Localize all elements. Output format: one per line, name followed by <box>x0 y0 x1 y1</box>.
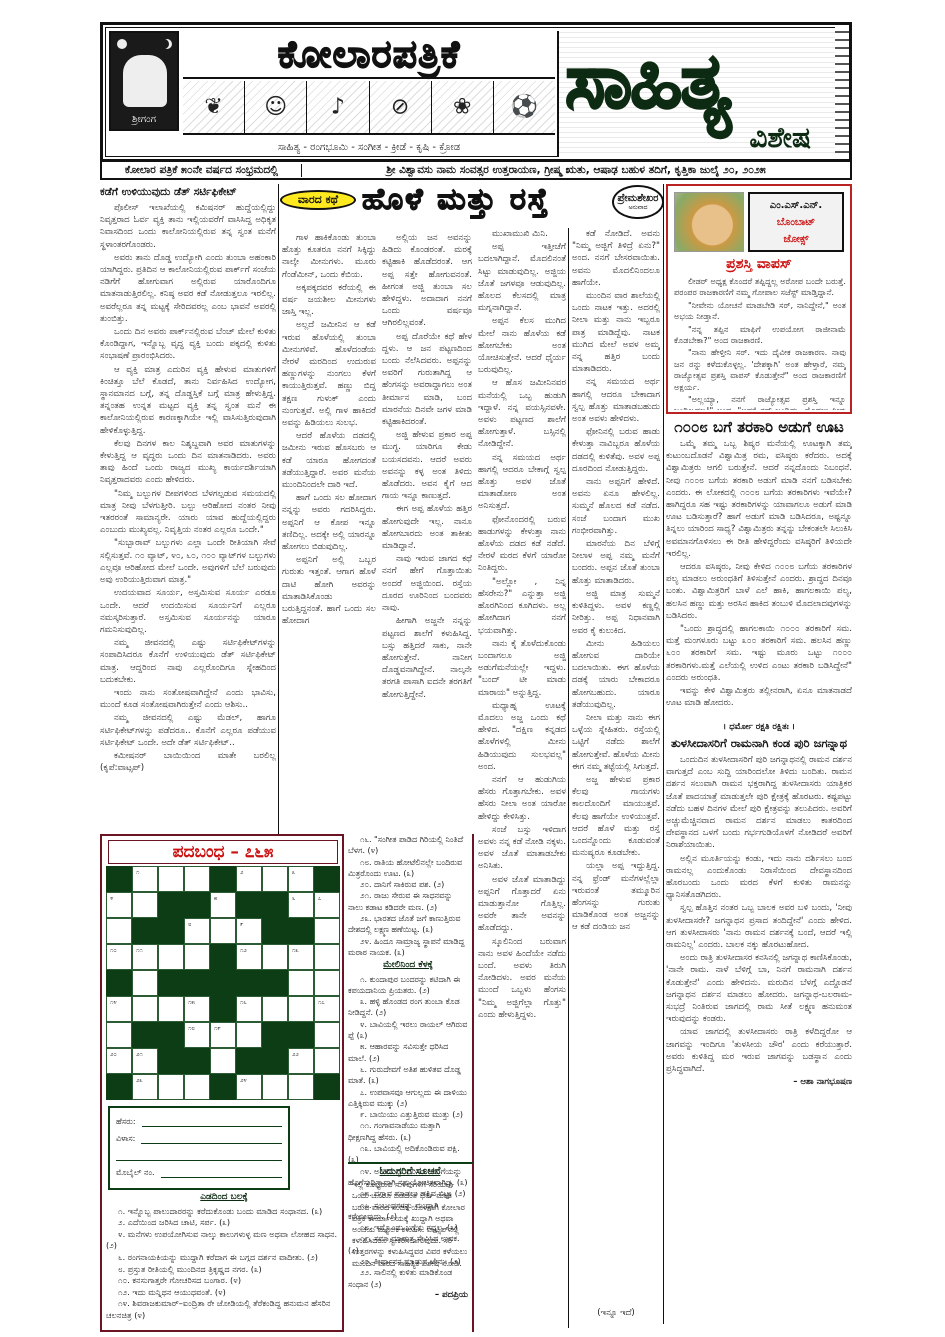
paragraph: ಇವನ್ನು ಕೇಳಿ ವಿಶ್ವಾಮಿತ್ರರು ತಲ್ಲೀನರಾಗಿ, ಏನ… <box>666 685 852 709</box>
cell-number: ೧೦ <box>110 947 117 955</box>
paragraph: ನಾನು ಕೈ ತೊಳೆದುಕೊಂಡು ಬಂದಾಗಲೂ ಅಜ್ಜಿ ಅಡುಗೆಮ… <box>478 638 566 699</box>
music-icon: ♪ <box>307 81 369 133</box>
weekly-story-col-4: ಕಡೆ ನೋಡಿದೆ. ಅವನು "ನಿಮ್ಮ ಅಜ್ಜಿಗೆ ತಿಳಿದ್ರೆ… <box>572 228 660 1308</box>
crossword-cell[interactable]: ೩ <box>288 866 314 892</box>
paragraph: ಅಜ್ಜಿ ಮಾತ್ರ ಸುಮ್ಮನೆ ಕುಳಿತಿದ್ದಳು. ಅವಳ ಕಣ್… <box>572 588 660 637</box>
paragraph: ಹೀಗಾಗಿ ಅಜ್ಜನೇ ನನ್ನನ್ನು ಪಟ್ಟಣದ ಶಾಲೆಗೆ ಕಳು… <box>382 615 472 700</box>
crossword-puzzle: ಪದಬಂಧ – ೭೬೫ ೧೨೩೪೫೬೭೮೯೧೦೧೧೧೨೧೩೧೪೧೫೧೬೧೭೧೮೧… <box>100 834 344 1332</box>
paragraph: ಅಪ್ಪನಿಗೆ ಅಲ್ಲಿ ಒಬ್ಬರ ಗುರುತು ಇತ್ತಂತೆ. ಆಗಾ… <box>282 554 376 627</box>
cell-number: ೨ <box>240 869 243 877</box>
paragraph: ಅಪ್ಪನ ಕೆಲಸ ಮುಗಿದ ಮೇಲೆ ನಾನು ಹೊಳೆಯ ಕಡೆ ಹೋಗ… <box>478 315 566 376</box>
mobile-field[interactable] <box>161 1177 282 1178</box>
paragraph: ಸ್ಕೂಲಿನಿಂದ ಬರುವಾಗ ನಾನು ಅವಳ ಹಿಂದೆಯೇ ನಡೆದು… <box>478 936 566 1021</box>
paragraph: ನೀಲಾ ಮತ್ತು ನಾನು ಈಗ ಒಳ್ಳೆಯ ಸ್ನೇಹಿತರು. ರಸ್… <box>572 712 660 773</box>
cell-number: ೯ <box>240 921 243 929</box>
crossword-cell[interactable] <box>262 996 288 1022</box>
crossword-cell[interactable]: ೭ <box>314 892 340 918</box>
cell-number: ೧೨ <box>240 947 247 955</box>
paragraph: "ನೀವೇನು ಯೋಚನೆ ಮಾಡಬೇಡಿ ಸರ್, ನಾನಿದ್ದೇನೆ," … <box>674 300 846 323</box>
crossword-cell[interactable] <box>132 892 158 918</box>
address-field[interactable] <box>141 1143 282 1144</box>
down-heading: ಮೇಲಿನಿಂದ ಕೆಳಕ್ಕೆ <box>348 960 468 971</box>
elephant-caption: ಶ್ರೀಗಂಗ <box>132 114 156 125</box>
cell-number: ೨೧ <box>136 1051 143 1059</box>
across-heading: ಎಡದಿಂದ ಬಲಕ್ಕೆ <box>106 1192 342 1204</box>
cell-number: ೪ <box>110 895 113 903</box>
paragraph: ಹಾಗೆ ಒಂದು ಸಲ ಹೋದಾಗ ನನ್ನನ್ನು ಅವರು ಗದರಿಸಿದ… <box>282 492 376 553</box>
anniversary-note: ಕೋಲಾರ ಪತ್ರಿಕೆ ೫೦ನೇ ವರ್ಷದ ಸಂಭ್ರಮದಲ್ಲಿ <box>102 164 302 177</box>
mobile-label: ಮೊಬೈಲ್ ನಂ. <box>116 1168 155 1178</box>
clue: ೨೦. ದಾನಿಗೆ ಸಾಕಿರುವ ಪಶ. (೨) <box>348 879 468 890</box>
story-title-death-certificate: ಕಡೆಗೆ ಉಳಿಯುವುದು ಡೆತ್ ಸರ್ಟಿಫಿಕೇಟ್ <box>100 186 276 199</box>
entry-form: ಹೆಸರು: ವಿಳಾಸ: ಮೊಬೈಲ್ ನಂ. <box>108 1106 290 1190</box>
crossword-cell[interactable]: ೧೩ <box>288 944 314 970</box>
reader-notice-text: ಇಲ್ಲಿ ಕೊಟ್ಟಿರುವ ಸುಳಿವುಗಳಿಗೆ ಸರಿಯಾಗಿ ಒಂದು… <box>352 1179 468 1269</box>
paragraph: ಫೋನೊಂದರಲ್ಲಿ ಬರುವ ಹಾಡುಗಳನ್ನು ಕೇಳುತ್ತಾ ನಾನ… <box>478 514 566 575</box>
across-clue-list-continued: ೧೬. "ಸಂಗೀತ ಪಾಡಿದ ಗಿರಿಯಲ್ಲಿ ನಿಂತಿದೆ ಬೆಳಗ.… <box>348 834 468 958</box>
crossword-block <box>106 970 132 996</box>
paragraph: ನನ್ನ ಸಮಯದ ಅರ್ಥ ಹಾಗಲ್ಲಿ ಆದರೂ ಬೇಕಾದಾಗ ಸ್ವಲ… <box>572 376 660 425</box>
paragraph: ಅಂದು ರಾತ್ರಿ ತುಳಸೀದಾಸರ ಕನಸಿನಲ್ಲಿ ಜಗನ್ನಾಥ … <box>666 952 852 1025</box>
crossword-cell[interactable] <box>158 996 184 1022</box>
paragraph: ಕಡೆ ನೋಡಿದೆ. ಅವನು "ನಿಮ್ಮ ಅಜ್ಜಿಗೆ ತಿಳಿದ್ರೆ… <box>572 228 660 289</box>
crossword-cell[interactable]: ೧೪ <box>106 996 132 1022</box>
weekly-story-col-2: ಅಲ್ಲಿಯ ಜನ ಅವನನ್ನು ಹಿಡಿದು ಕೊಂಡರಂತೆ. ಮರಕ್ಕ… <box>382 232 472 832</box>
crossword-cell[interactable] <box>262 1074 288 1100</box>
name-label: ಹೆಸರು: <box>116 1117 136 1127</box>
crossword-cell[interactable]: ೯ <box>236 918 262 944</box>
continued-note: (ಇನ್ನೂ ಇದೆ) <box>572 1308 660 1318</box>
clue: ೬. ರಂಗನಾಯಕಿಯನ್ನು ಮುದ್ದಾಗಿ ಕರೆದಾಗ ಈ ಬಗ್ಗದ… <box>106 1252 342 1264</box>
crossword-cell[interactable] <box>262 866 288 892</box>
crossword-cell[interactable] <box>184 866 210 892</box>
paragraph: ಅಜ್ಜ ಹೇಳುವ ಪ್ರಕಾರ ಕೆಲವು ಗಾಯಗಳು ಕಾಲದೊಂದಿಗ… <box>572 774 660 859</box>
paragraph: ಅಪ್ಪ ದೊರೆಯೇ ಕಥೆ ಹೇಳ ದ್ದಳು. ಆ ಜನ ಪಟ್ಟಣದಿಂ… <box>382 331 472 429</box>
crossword-cell[interactable] <box>314 918 340 944</box>
crossword-block <box>262 1048 288 1074</box>
crossword-block <box>158 892 184 918</box>
crossword-cell[interactable]: ೨೨ <box>288 1048 314 1074</box>
crossword-cell[interactable] <box>184 944 210 970</box>
joke-label-line-2: ಬೊಂಬಾಟ್ <box>777 214 815 231</box>
crossword-cell[interactable] <box>158 944 184 970</box>
sun-icon <box>117 39 127 49</box>
crossword-cell[interactable]: ೧ <box>132 866 158 892</box>
address-field-2[interactable] <box>116 1160 282 1161</box>
cell-number: ೫ <box>214 895 217 903</box>
publication-name: ಕೋಲಾರಪತ್ರಿಕೆ <box>183 31 555 79</box>
across-clue-list: ೧. ಇನ್ನೊಬ್ಬ ಪಾಲುದಾರರನ್ನು ಕರೆದುಕೊಂಡು ಬಂದು… <box>106 1206 342 1322</box>
crossword-block <box>262 892 288 918</box>
paragraph: ಗಾಳ ಹಾಕಿಕೊಂಡು ತುಂಬಾ ಹೊತ್ತು ಕೂತರೂ ನನಗೆ ಸಿ… <box>282 232 376 281</box>
decorative-border <box>835 25 849 159</box>
crossword-cell[interactable]: ೫ <box>210 892 236 918</box>
clue: ೩. ಹಳ್ಳಿ ಹೊಂಡದ ರಂಗ ತುಂಬಾ ಕೊಡ ನೀಡಿದ್ದನೆ. … <box>348 996 468 1019</box>
crossword-cell[interactable] <box>132 996 158 1022</box>
paragraph: ಇಂದು ನಾನು ಸಂತೋಷವಾಗಿದ್ದೇನೆ ಎಂದು ಭಾವಿಸು, ಮ… <box>100 687 276 711</box>
supplement-title-sub: ವಿಶೇಷ <box>749 121 811 155</box>
down-clues: ೧೬. "ಸಂಗೀತ ಪಾಡಿದ ಗಿರಿಯಲ್ಲಿ ನಿಂತಿದೆ ಬೆಳಗ.… <box>348 834 474 1164</box>
crossword-block <box>210 944 236 970</box>
cell-number: ೨೪ <box>240 1077 247 1085</box>
crossword-block <box>210 996 236 1022</box>
crossword-block <box>314 1074 340 1100</box>
clue: ೧೧. ಗಂಗಾವನಾಡೆಯು ಮತ್ತಾಗಿ ಧೀಕ್ಷಣಗಿದ್ದ ಹೆಸರ… <box>348 1120 468 1143</box>
crossword-cell[interactable] <box>158 1074 184 1100</box>
cell-number: ೧೩ <box>292 947 299 955</box>
column-rule <box>568 228 569 1328</box>
crossword-cell[interactable]: ೧೬ <box>236 996 262 1022</box>
crossword-block <box>262 918 288 944</box>
crossword-cell[interactable] <box>288 996 314 1022</box>
crossword-cell[interactable]: ೧೯ <box>210 1022 236 1048</box>
date-line: ಶ್ರೀ ವಿಶ್ವಾವಸು ನಾಮ ಸಂವತ್ಸರ ಉತ್ತರಾಯಣ, ಗ್ರ… <box>302 164 850 177</box>
paragraph: ಲೀಡರ್ ಅಧ್ಯಕ್ಷ ಕೊಂದರೆ ತಪ್ಪಿದ್ದಲ್ಲ ಅರೋಪ ಬಂ… <box>674 276 846 299</box>
paragraph: ಮಧ್ಯಾಹ್ನ ಊಟಕ್ಕೆ ಮೊದಲು ಅಜ್ಜ ಒಂದು ಕಥೆ ಹೇಳಿ… <box>478 700 566 773</box>
elephant-logo: ಶ್ರೀಗಂಗ <box>109 31 179 131</box>
paragraph: "ನಾನು ಹೇಳ್ತೀನಿ ಸರ್. ಇದು ದೈವೀಕ ರಾಜಕಾರಣ. ನ… <box>674 347 846 393</box>
paragraph: ನನಗೆ ಆ ಹುಡುಗಿಯ ಹೆಸರು ಗೊತ್ತಾಗಬೇಕು. ಅವಳ ಹೆ… <box>478 774 566 823</box>
cell-number: ೧೯ <box>214 1025 221 1033</box>
clue: ೪. ಬಾವಿಯಲ್ಲಿ ಇರಲು ರಾಯಲ್ ಆಗಿರುವ ಪ್ಪೆ (೩) <box>348 1019 468 1042</box>
book-plant-icon: ❦ <box>183 81 245 133</box>
clue: ೧೬. "ಸಂಗೀತ ಪಾಡಿದ ಗಿರಿಯಲ್ಲಿ ನಿಂತಿದೆ ಬೆಳಗ.… <box>348 834 468 857</box>
crossword-cell[interactable] <box>236 1022 262 1048</box>
crossword-block <box>262 970 288 996</box>
supplement-title-main: ಸಾಹಿತ್ಯ <box>565 31 729 131</box>
clue: ೪. ಮನೆಗಳು ಉಪಯೋಗಿಸುವ ನಾಲ್ಕು ಕಾಲುಗಳುಳ್ಳ ಮಣ… <box>106 1229 342 1252</box>
cell-number: ೧೫ <box>188 999 195 1007</box>
crossword-cell[interactable] <box>314 970 340 996</box>
crossword-cell[interactable]: ೪ <box>106 892 132 918</box>
reader-notice-title: ಓದುಗರಿಗೆ ಸೂಚನೆ <box>352 1166 468 1177</box>
cell-number: ೨೨ <box>292 1051 299 1059</box>
cell-number: ೬ <box>292 895 295 903</box>
paragraph: ಮುಂದಿನ ವಾರ ಶಾಲೆಯಲ್ಲಿ ಒಂದು ನಾಟಕ ಇತ್ತು. ಅದ… <box>572 290 660 375</box>
column-rule <box>663 184 664 1324</box>
paragraph: ಒಂದುದಿನ ತುಳಸೀದಾಸರಿಗೆ ಪುರಿ ಜಗನ್ನಾಥನಲ್ಲಿ ರ… <box>666 754 852 852</box>
paragraph: ಫೋನಿನಲ್ಲಿ ಬರುವ ಹಾಡು ಕೇಳುತ್ತಾ ನಾವಿಬ್ಬರೂ ಹ… <box>572 426 660 475</box>
football-icon: ⚽ <box>494 81 555 133</box>
crossword-block <box>158 970 184 996</box>
crossword-block <box>106 1074 132 1100</box>
crossword-block <box>314 866 340 892</box>
crossword-block <box>288 918 314 944</box>
clue: ೬. ಗುರುದೇವಗೆ ಅತಿಶ ಹುಳಿತವ ದೊಡ್ಡ ಮಾತೆ. (೩) <box>348 1064 468 1087</box>
crossword-cell[interactable] <box>210 918 236 944</box>
crossword-block <box>288 1022 314 1048</box>
clue: ೨೧. ರಾಜು ಸೇರುವ ಈ ಸಾಧನವನ್ನು ನಾಲು ಕಡಾಟ ಕಡಿ… <box>348 890 468 913</box>
address-label: ವಿಳಾಸ: <box>116 1134 135 1144</box>
crossword-block <box>236 892 262 918</box>
drama-masks-icon: ☺ <box>245 81 307 133</box>
paragraph: ಆದರೆ ಹೊಳೆಯ ದಡದಲ್ಲಿ ಜಮೀನು ಇರುವ ಹೊಸಬರು ಆ ಕ… <box>282 430 376 491</box>
crossword-block <box>210 1074 236 1100</box>
paragraph: ಮುಖಾಮುಖಿ ಮಿನಿ. <box>478 228 566 240</box>
paragraph: ಆ ಹೊಸ ಜಮೀನಿನವರ ಮನೆಯಲ್ಲಿ ಒಬ್ಬ ಹುಡುಗಿ ಇದ್ದ… <box>478 377 566 450</box>
story-title-tulsidas: ತುಳಸೀದಾಸರಿಗೆ ರಾಮನಾಗಿ ಕಂಡ ಪುರಿ ಜಗನ್ನಾಥ <box>666 736 852 751</box>
crossword-cell[interactable] <box>314 944 340 970</box>
story-death-certificate-body: ಪೊಲೀಸ್ ಇಲಾಖೆಯಲ್ಲಿ ಕಮಿಷನರ್ ಹುದ್ದೆಯಲ್ಲಿದ್ದ… <box>100 202 276 802</box>
clue: ೨. ಎದೆಯಿಂದ ಜರಿಸಿದ ಚಾಟಿ, ಸರ್ಪ. (೩) <box>106 1217 342 1229</box>
joke-title: ಪ್ರಶಸ್ತಿ ವಾಪಸ್ <box>668 256 850 272</box>
crossword-block <box>158 1048 184 1074</box>
paragraph: ಕಮೀಷನರ್ ಬಾಯಿಯಿಂದ ಮಾತೇ ಬರಲಿಲ್ಲ (ಕೃಪೆ:ವಾಟ್… <box>100 750 276 774</box>
column-rule <box>278 184 279 834</box>
crossword-cell[interactable] <box>132 970 158 996</box>
paragraph: ಅಜ್ಜಿ ಹೇಳುವ ಪ್ರಕಾರ ಅಪ್ಪ ಮುಗ್ಧ. ಯಾರಿಗೂ ಕೇ… <box>382 429 472 502</box>
clue: ೯. ಬಾಯಿಯು ಎತ್ತುತ್ತಿರುವ ಮುತ್ತು (೨) <box>348 1109 468 1120</box>
crossword-cell[interactable]: ೨೪ <box>236 1074 262 1100</box>
clue: ೮. ಪ್ರಸ್ತುತ ರೀತಿಯಲ್ಲಿ ಮುಂದಿನದ ತ್ರಿಕೃಷ್ಣದ… <box>106 1264 342 1276</box>
crossword-cell[interactable] <box>106 1022 132 1048</box>
crossword-block <box>132 918 158 944</box>
crossword-block <box>210 970 236 996</box>
masthead-tagline: ಸಾಹಿತ್ಯ - ರಂಗಭೂಮಿ - ಸಂಗೀತ - ಕ್ರೀಡೆ - ಕೃಷ… <box>183 137 555 157</box>
moon-icon <box>159 39 169 49</box>
crossword-cell[interactable]: ೬ <box>288 892 314 918</box>
cell-number: ೭ <box>318 895 321 903</box>
crossword-block <box>236 970 262 996</box>
masthead: ಶ್ರೀಗಂಗ ಕೋಲಾರಪತ್ರಿಕೆ ❦ ☺ ♪ ⊘ ❀ ⚽ ಸಾಹಿತ್ಯ… <box>100 22 852 162</box>
crossword-block <box>184 1048 210 1074</box>
cell-number: ೧೧ <box>136 947 143 955</box>
clue: ೨೪. ಹಿಂದೂ ಸಾಮ್ರಾಜ್ಯ ಸ್ಥಾಪನೆ ಮಾಡಿದ್ದ ಮರಾಠ… <box>348 936 468 959</box>
joke-body: ಲೀಡರ್ ಅಧ್ಯಕ್ಷ ಕೊಂದರೆ ತಪ್ಪಿದ್ದಲ್ಲ ಅರೋಪ ಬಂ… <box>674 276 846 410</box>
paragraph: ಮಾರನೆಯ ದಿನ ಬೆಳಿಗ್ಗೆ ನೀಲಾಳ ಅಪ್ಪ ನಮ್ಮ ಮನೆಗ… <box>572 538 660 587</box>
crossword-block <box>262 1022 288 1048</box>
cell-number: ೧೭ <box>318 999 325 1007</box>
crossword-cell[interactable]: ೧೨ <box>236 944 262 970</box>
weekly-story-title: ಹೊಳೆ ಮತ್ತು ರಸ್ತೆ <box>362 182 550 217</box>
newspaper-page: ಶ್ರೀಗಂಗ ಕೋಲಾರಪತ್ರಿಕೆ ❦ ☺ ♪ ⊘ ❀ ⚽ ಸಾಹಿತ್ಯ… <box>100 22 852 1332</box>
cell-number: ೨೩ <box>136 1077 143 1085</box>
clue: ೧೦. ಕನಸುಗಾತ್ತರೇ ಗೋಚರಿಸದ ಬಂಗಾರ. (೪) <box>106 1275 342 1287</box>
name-field[interactable] <box>142 1126 282 1127</box>
paragraph: ನಮ್ಮ ಜೀವನದಲ್ಲಿ ಎಷ್ಟು ಮೆಡಲ್, ಹಾಗೂ ಸರ್ಟಿಫಿ… <box>100 712 276 749</box>
author-sub: ಅನುವಾದ <box>628 204 647 212</box>
crossword-cell[interactable]: ೨೦ <box>106 1048 132 1074</box>
story-tulsidas-body: ಒಂದುದಿನ ತುಳಸೀದಾಸರಿಗೆ ಪುರಿ ಜಗನ್ನಾಥನಲ್ಲಿ ರ… <box>666 754 852 1324</box>
paragraph: "ನಿಮ್ಮ ಬಲ್ಬುಗಳ ದೀಪಗಳಿಂದ ಬೆಳಗಲ್ಪಡುವ ಸಮಯದಲ… <box>100 488 276 537</box>
byline: – ಆಶಾ ನಾಗಭೂಷಣ <box>666 1076 852 1088</box>
crossword-block <box>132 1022 158 1048</box>
clue: ೫. ಆಹಾರವನ್ನು ಸವಿಸುತ್ತೇ ಧರಿಸಿದ ಮಾಲೆ. (೨) <box>348 1041 468 1064</box>
paragraph: ಮೀನು ಹಿಡಿಯಲು ಹೋಗುವ ದಾರಿಯೇ ಬದಲಾಯಿತು. ಈಗ ಹ… <box>572 638 660 711</box>
crossword-cell[interactable]: ೧೮ <box>184 1022 210 1048</box>
paragraph: ಒಂದು ದಿನ ಅವರು ಪಾರ್ಕ್‌ನಲ್ಲಿರುವ ಬೆಂಚ್ ಮೇಲೆ… <box>100 326 276 363</box>
paragraph: ಅವಳ ಜೊತೆ ಮಾತಾಡಿದ್ದು ಅಪ್ಪನಿಗೆ ಗೊತ್ತಾದರೆ ಏ… <box>478 874 566 935</box>
crossword-cell[interactable] <box>210 1048 236 1074</box>
paragraph: "ಒಂದು ಶ್ರಾದ್ಧದಲ್ಲಿ ಹಾಗಲಕಾಯಿ ೧೦೦೦ ತರಕಾರಿಗ… <box>666 623 852 684</box>
paragraph: ಅಲ್ಲದೆ ಜಮೀನಿನ ಆ ಕಡೆ ಇರುವ ಹೊಳೆಯಲ್ಲಿ ತುಂಬಾ… <box>282 319 376 429</box>
clue: ೭. ಉಪವಾಸವೂ ಆಗುಲ್ಲದು ಈ ದಾಳಿಯು ಎತ್ತಿಕ್ಕಿರು… <box>348 1087 468 1110</box>
crossword-cell[interactable]: ೨೩ <box>132 1074 158 1100</box>
crossword-cell[interactable]: ೧೭ <box>314 996 340 1022</box>
paragraph: "ಅಲ್ಲೋ , ನಿನ್ನ ಹೆಸರೇನು?" ಎನ್ನುತ್ತಾ ಅಜ್ಜಿ… <box>478 576 566 637</box>
paragraph: ಅಲ್ಲಿಯ ಜನ ಅವನನ್ನು ಹಿಡಿದು ಕೊಂಡರಂತೆ. ಮರಕ್ಕ… <box>382 232 472 330</box>
author-badge: ಪ್ರೇಮಶೇಖರ ಅನುವಾದ <box>612 185 664 219</box>
paragraph: ಅಕ್ಕಪಕ್ಕದವರ ಕರೆಯಲ್ಲಿ ಈ ವರ್ಷ ಜಯಶೀಲ ಮೀನುಗಳ… <box>282 282 376 319</box>
crossword-cell[interactable] <box>158 866 184 892</box>
paragraph: ಉದಯವಾದ ಸೂರ್ಯ, ಅಸ್ತಮಿಸುವ ಸೂರ್ಯ ಎರಡೂ ಒಂದೇ.… <box>100 587 276 636</box>
joke-box: ಎಂ.ಎಸ್.ಎನ್. ಬೊಂಬಾಟ್ ಜೋಕ್ಸ್ ಪ್ರಶಸ್ತಿ ವಾಪಸ… <box>666 184 852 414</box>
paragraph: ನನ್ನ ಸಮಯದ ಅರ್ಥ ಹಾಗಲ್ಲಿ ಆದರೂ ಬೇಕಾಗ್ಗೆ ಸ್ವ… <box>478 452 566 513</box>
crossword-cell[interactable] <box>288 970 314 996</box>
paragraph: "ಅಲ್ಲಯ್ಯಾ, ನನಗೆ ರಾಜ್ಯೋತ್ಸವ ಪ್ರಶಸ್ತಿ ಇನ್ನ… <box>674 394 846 410</box>
clue: ೧೪. ಶಿವರಾಜಕುಮಾರ್–ಐಂದ್ರಿತಾ ರೇ ಜೋಡಿಯಲ್ಲಿ ತ… <box>106 1298 342 1321</box>
clue: ೨೩. ಭಾರತದ ಜೊತೆ ಜಗೆ ಕಾಣುತ್ತಿರುವ ದೇಶದಲ್ಲಿ … <box>348 913 468 936</box>
weekly-story-col-1: ಗಾಳ ಹಾಕಿಕೊಂಡು ತುಂಬಾ ಹೊತ್ತು ಕೂತರೂ ನನಗೆ ಸಿ… <box>282 232 376 832</box>
harvest-icon: ❀ <box>432 81 494 133</box>
caricature-image <box>674 192 744 252</box>
crossword-cell[interactable]: ೨ <box>236 866 262 892</box>
elephant-icon <box>123 55 167 107</box>
joke-label-line-3: ಜೋಕ್ಸ್ <box>783 231 808 248</box>
crossword-cell[interactable] <box>288 1074 314 1100</box>
crossword-cell[interactable]: ೧೧ <box>132 944 158 970</box>
paragraph: ಯಾವ ಜಾಗದಲ್ಲಿ ತುಳಸೀದಾಸರು ರಾತ್ರಿ ಕಳೆದಿದ್ದರ… <box>666 1026 852 1075</box>
paragraph: ಯಲ್ಲಾ ಅಪ್ಪ ಇದ್ದುತ್ತಿದ್ದ. ನನ್ನ ಫ್ರೆಂಡ್ ಮನ… <box>572 860 660 933</box>
cell-number: ೧೬ <box>240 999 247 1007</box>
crossword-block <box>184 892 210 918</box>
author-name: ಪ್ರೇಮಶೇಖರ <box>618 193 659 204</box>
crossword-block <box>236 1048 262 1074</box>
cell-number: ೩ <box>292 869 295 877</box>
joke-column-label: ಎಂ.ಎಸ್.ಎನ್. ಬೊಂಬಾಟ್ ಜೋಕ್ಸ್ <box>748 192 844 252</box>
crossword-block <box>184 970 210 996</box>
clue: ೧. ಕುಂದಾಪುರ ಬಂದರನ್ನು ಕಟಿದಾಗಿ ಈ ಕಪಯದಾನಿಯ … <box>348 974 468 997</box>
crossword-cell[interactable] <box>314 1022 340 1048</box>
paragraph: ಸಂಜೆ ಬಸ್ಸು ಇಳಿದಾಗ ಅವಳು ನನ್ನ ಕಡೆ ನೋಡಿ ನಕ್… <box>478 824 566 873</box>
paragraph: ನಮ್ಮ ಜೀವನದಲ್ಲಿ ಎಷ್ಟು ಸರ್ಟಿಫಿಕೇಟ್‌ಗಳನ್ನು … <box>100 637 276 686</box>
paragraph: ಪೊಲೀಸ್ ಇಲಾಖೆಯಲ್ಲಿ ಕಮಿಷನರ್ ಹುದ್ದೆಯಲ್ಲಿದ್ದ… <box>100 202 276 251</box>
paragraph: ಅವರು ತಾನು ದೊಡ್ಡ ಉದ್ಯೋಗಿ ಎಂದು ತುಂಬಾ ಅಹಂಕಾ… <box>100 252 276 325</box>
paragraph: ಸ್ವಲ್ಪ ಹೊತ್ತಿನ ನಂತರ ಒಬ್ಬ ಬಾಲಕ ಅವರ ಬಳಿ ಬಂ… <box>666 902 852 951</box>
supplement-title: ಸಾಹಿತ್ಯ ವಿಶೇಷ <box>557 31 839 157</box>
arts-illustration-strip: ❦ ☺ ♪ ⊘ ❀ ⚽ <box>183 81 555 135</box>
paragraph: "ನನ್ನ ತಪ್ಪಿನ ಮಾಫಿಗೆ ಉಪಯೋಗ ರಾಜೀನಾಮೆ ಕೊಡಬೇ… <box>674 324 846 347</box>
paragraph: ಅಲ್ಲಿನ ಮೂರ್ತಿಯನ್ನು ಕಂಡು, ಇದು ನಾನು ದರ್ಶಿಸ… <box>666 853 852 902</box>
across-clues: ಎಡದಿಂದ ಬಲಕ್ಕೆ ೧. ಇನ್ನೊಬ್ಬ ಪಾಲುದಾರರನ್ನು ಕ… <box>106 1192 342 1332</box>
paragraph: ನಾನು ಅಪ್ಪನಿಗೆ ಹೇಳಿದೆ. ಅವನು ಏನೂ ಹೇಳಲಿಲ್ಲ.… <box>572 476 660 537</box>
story-vegetables-body: ಒಮ್ಮೆ ತಮ್ಮ ಒಬ್ಬ ಶಿಷ್ಯರ ಮನೆಯಲ್ಲಿ ಊಟಕ್ಕಾಗಿ… <box>666 438 852 720</box>
crossword-cell[interactable]: ೧೫ <box>184 996 210 1022</box>
paragraph: ನಾವು ಇರುವ ಜಾಗದ ಕಥೆ ನನಗೆ ಹೇಗೆ ಗೊತ್ತಾಯಿತು … <box>382 553 472 614</box>
crossword-cell[interactable]: ೧೦ <box>106 944 132 970</box>
cell-number: ೧೮ <box>188 1025 195 1033</box>
crossword-block <box>158 918 184 944</box>
paragraph: ಅಪ್ಪ ಇತ್ತೀಚೆಗೆ ಬದಲಾಗಿದ್ದಾನೆ. ಮೊದಲಿನಂತೆ ಸ… <box>478 241 566 314</box>
crossword-grid: ೧೨೩೪೫೬೭೮೯೧೦೧೧೧೨೧೩೧೪೧೫೧೬೧೭೧೮೧೯೨೦೨೧೨೨೨೩೨೪ <box>106 866 340 1100</box>
cell-number: ೧ <box>136 869 139 877</box>
story-title-vegetables: ೧೦೦೮ ಬಗೆ ತರಕಾರಿ ಅಡುಗೆ ಊಟ <box>666 418 852 436</box>
joke-label-line-1: ಎಂ.ಎಸ್.ಎನ್. <box>770 197 822 214</box>
paragraph: ಆ ವ್ಯಕ್ತಿ ಮಾತ್ರ ಎದುರಿನ ವ್ಯಕ್ತಿ ಹೇಳುವ ಮಾತ… <box>100 364 276 437</box>
crossword-cell[interactable] <box>314 1048 340 1074</box>
cell-number: ೨೦ <box>110 1051 117 1059</box>
paragraph: ಒಮ್ಮೆ ತಮ್ಮ ಒಬ್ಬ ಶಿಷ್ಯರ ಮನೆಯಲ್ಲಿ ಊಟಕ್ಕಾಗಿ… <box>666 438 852 560</box>
weekly-story-badge: ವಾರದ ಕಥೆ <box>280 190 356 210</box>
crossword-block <box>210 866 236 892</box>
sports-racket-icon: ⊘ <box>370 81 432 133</box>
crossword-cell[interactable] <box>106 918 132 944</box>
paragraph: ಈಗ ಅಪ್ಪ ಹೊಳೆಯ ಹತ್ತಿರ ಹೋಗುವುದೇ ಇಲ್ಲ. ನಾನೂ… <box>382 503 472 552</box>
weekly-story-col-3: ಮುಖಾಮುಖಿ ಮಿನಿ. ಅಪ್ಪ ಇತ್ತೀಚೆಗೆ ಬದಲಾಗಿದ್ದಾ… <box>478 228 566 1328</box>
kicker: । ಧರ್ಮೋ ರಕ್ಷತಿ ರಕ್ಷಿತಃ । <box>666 722 852 732</box>
clue: ೧. ಇನ್ನೊಬ್ಬ ಪಾಲುದಾರರನ್ನು ಕರೆದುಕೊಂಡು ಬಂದು… <box>106 1206 342 1218</box>
paragraph: "ಸುಬ್ಬಾರಾವ್ ಬಲ್ಬುಗಳು ಎಲ್ಲಾ ಒಂದೇ ರೀತಿಯಾಗಿ… <box>100 537 276 586</box>
cell-number: ೧೪ <box>110 999 117 1007</box>
crossword-block <box>158 1022 184 1048</box>
crossword-cell[interactable] <box>184 1074 210 1100</box>
paragraph: ಕೆಲವು ದಿನಗಳ ಕಾಲ ನಿಶ್ಶಬ್ದವಾಗಿ ಅವರ ಮಾತುಗಳನ… <box>100 438 276 487</box>
crossword-title: ಪದಬಂಧ – ೭೬೫ <box>108 840 338 864</box>
clue: ೧೮. ರಾತಿಯ ಹೋಟೆಲಿನಲ್ಲೇ ಬಂದಿರುವ ಮಿತ್ರರೊಂದು… <box>348 857 468 880</box>
crossword-block <box>106 866 132 892</box>
cell-number: ೮ <box>188 921 191 929</box>
paragraph: ಆದರೂ ವಸಿಷ್ಠರು, ನೀವು ಕೇಳಿದ ೧೦೦೮ ಬಗೆಯ ತರಕಾ… <box>666 561 852 622</box>
crossword-cell[interactable]: ೮ <box>184 918 210 944</box>
reader-notice: ಓದುಗರಿಗೆ ಸೂಚನೆ ಇಲ್ಲಿ ಕೊಟ್ಟಿರುವ ಸುಳಿವುಗಳಿ… <box>348 1162 474 1332</box>
crossword-cell[interactable] <box>262 944 288 970</box>
dateline: ಕೋಲಾರ ಪತ್ರಿಕೆ ೫೦ನೇ ವರ್ಷದ ಸಂಭ್ರಮದಲ್ಲಿ ಶ್ರ… <box>100 162 852 180</box>
crossword-cell[interactable]: ೨೧ <box>132 1048 158 1074</box>
clue: ೧೨. ಇದು ಮನ್ನಿಥನ ಆಯುಧವಂತೆ. (೪) <box>106 1287 342 1299</box>
